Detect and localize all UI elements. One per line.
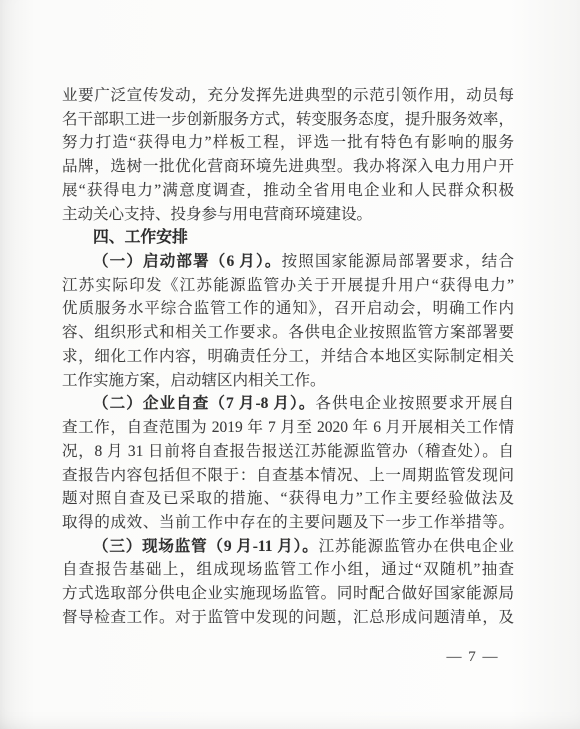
text-line: 督导检查工作。对于监管中发现的问题，汇总形成问题清单，及 xyxy=(62,606,514,630)
text-line: 品牌，选树一批优化营商环境先进典型。我办将深入电力用户开 xyxy=(62,155,514,179)
document-page: 业要广泛宣传发动，充分发挥先进典型的示范引领作用，动员每名干部职工进一步创新服务… xyxy=(0,0,580,729)
section-heading-text: 四、工作安排 xyxy=(93,229,188,246)
text-line: 查报告内容包括但不限于：自查基本情况、上一周期监管发现问 xyxy=(62,464,514,488)
section-lead-text: （三）现场监管（9 月-11 月）。 xyxy=(93,538,319,555)
text-segment: 查报告内容包括但不限于：自查基本情况、上一周期监管发现问 xyxy=(62,467,514,484)
text-line: （一）启动部署（6 月）。按照国家能源局部署要求，结合 xyxy=(62,250,514,274)
paragraph-launch-deployment: （一）启动部署（6 月）。按照国家能源局部署要求，结合江苏实际印发《江苏能源监管… xyxy=(62,250,514,392)
text-line: 名干部职工进一步创新服务方式，转变服务态度，提升服务效率， xyxy=(62,108,514,132)
paragraph-onsite-supervision: （三）现场监管（9 月-11 月）。江苏能源监管办在供电企业自查报告基础上，组成… xyxy=(62,535,514,630)
paragraph-continuation: 业要广泛宣传发动，充分发挥先进典型的示范引领作用，动员每名干部职工进一步创新服务… xyxy=(62,84,514,226)
text-segment: 江苏实际印发《江苏能源监管办关于开展提升用户“获得电力” xyxy=(62,277,514,294)
text-segment: 品牌，选树一批优化营商环境先进典型。我办将深入电力用户开 xyxy=(62,158,514,175)
text-segment: 查工作，自查范围为 2019 年 7 月至 2020 年 6 月开展相关工作情 xyxy=(62,419,514,436)
document-body: 业要广泛宣传发动，充分发挥先进典型的示范引领作用，动员每名干部职工进一步创新服务… xyxy=(62,84,514,630)
text-segment: 方式选取部分供电企业实施现场监管。同时配合做好国家能源局 xyxy=(62,585,514,602)
text-segment: 按照国家能源局部署要求，结合 xyxy=(282,253,514,270)
text-segment: 容、组织形式和相关工作要求。各供电企业按照监管方案部署要 xyxy=(62,324,514,341)
text-segment: 求，细化工作内容，明确责任分工，并结合本地区实际制定相关 xyxy=(62,348,514,365)
text-line: 展“获得电力”满意度调查，推动全省用电企业和人民群众积极 xyxy=(62,179,514,203)
section-heading-4: 四、工作安排 xyxy=(62,226,514,250)
text-line: 主动关心支持、投身参与用电营商环境建设。 xyxy=(62,203,514,227)
text-line: 自查报告基础上，组成现场监管工作小组，通过“双随机”抽查 xyxy=(62,558,514,582)
text-line: 方式选取部分供电企业实施现场监管。同时配合做好国家能源局 xyxy=(62,582,514,606)
text-line: 容、组织形式和相关工作要求。各供电企业按照监管方案部署要 xyxy=(62,321,514,345)
text-segment: 各供电企业按照要求开展自 xyxy=(316,395,514,412)
text-segment: 江苏能源监管办在供电企业 xyxy=(319,538,514,555)
text-segment: 督导检查工作。对于监管中发现的问题，汇总形成问题清单，及 xyxy=(62,609,514,626)
text-line: 优质服务水平综合监管工作的通知》，召开启动会，明确工作内 xyxy=(62,297,514,321)
text-line: 求，细化工作内容，明确责任分工，并结合本地区实际制定相关 xyxy=(62,345,514,369)
text-line: 江苏实际印发《江苏能源监管办关于开展提升用户“获得电力” xyxy=(62,274,514,298)
text-segment: 业要广泛宣传发动，充分发挥先进典型的示范引领作用，动员每 xyxy=(62,87,514,104)
text-line: 业要广泛宣传发动，充分发挥先进典型的示范引领作用，动员每 xyxy=(62,84,514,108)
text-segment: 况，8 月 31 日前将自查报告报送江苏能源监管办（稽查处）。自 xyxy=(62,443,514,460)
text-line: 工作实施方案，启动辖区内相关工作。 xyxy=(62,369,514,393)
text-segment: 取得的成效、当前工作中存在的主要问题及下一步工作举措等。 xyxy=(62,514,514,531)
section-lead-text: （二）企业自查（7 月-8 月）。 xyxy=(93,395,316,412)
page-number: — 7 — xyxy=(62,649,499,666)
text-segment: 工作实施方案，启动辖区内相关工作。 xyxy=(62,372,326,389)
text-line: 努力打造“获得电力”样板工程，评选一批有特色有影响的服务 xyxy=(62,131,514,155)
text-segment: 题对照自查及已采取的措施、“获得电力”工作主要经验做法及 xyxy=(62,490,514,507)
text-segment: 自查报告基础上，组成现场监管工作小组，通过“双随机”抽查 xyxy=(62,561,514,578)
text-line: （三）现场监管（9 月-11 月）。江苏能源监管办在供电企业 xyxy=(62,535,514,559)
section-lead-text: （一）启动部署（6 月）。 xyxy=(93,253,282,270)
text-segment: 名干部职工进一步创新服务方式，转变服务态度，提升服务效率， xyxy=(62,111,514,128)
text-line: （二）企业自查（7 月-8 月）。各供电企业按照要求开展自 xyxy=(62,392,514,416)
text-segment: 展“获得电力”满意度调查，推动全省用电企业和人民群众积极 xyxy=(62,182,514,199)
text-line: 取得的成效、当前工作中存在的主要问题及下一步工作举措等。 xyxy=(62,511,514,535)
text-line: 题对照自查及已采取的措施、“获得电力”工作主要经验做法及 xyxy=(62,487,514,511)
text-line: 查工作，自查范围为 2019 年 7 月至 2020 年 6 月开展相关工作情 xyxy=(62,416,514,440)
text-line: 况，8 月 31 日前将自查报告报送江苏能源监管办（稽查处）。自 xyxy=(62,440,514,464)
text-segment: 主动关心支持、投身参与用电营商环境建设。 xyxy=(62,206,372,223)
text-segment: 努力打造“获得电力”样板工程，评选一批有特色有影响的服务 xyxy=(62,134,514,151)
text-line: 四、工作安排 xyxy=(62,226,514,250)
paragraph-enterprise-self-inspection: （二）企业自查（7 月-8 月）。各供电企业按照要求开展自查工作，自查范围为 2… xyxy=(62,392,514,534)
text-segment: 优质服务水平综合监管工作的通知》，召开启动会，明确工作内 xyxy=(62,300,514,317)
